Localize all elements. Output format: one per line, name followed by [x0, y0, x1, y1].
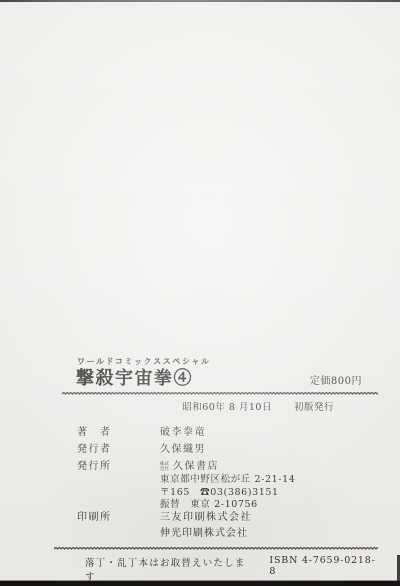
publisher-row: 発行者 久保織男: [77, 444, 378, 456]
printer-label: 印刷所: [77, 512, 160, 524]
bottom-row: 落丁・乱丁本はお取替えいたします ISBN 4-7659-0218-8: [62, 555, 378, 583]
scan-bottom-edge: [0, 581, 400, 586]
publisher-address: 東京都中野区松が丘 2-21-14: [160, 474, 378, 486]
company-type-bottom: 会社: [160, 467, 169, 472]
publishing-house-row: 発行所 株式 会社 久保書店: [77, 461, 378, 473]
series-label: ワールドコミックススペシャル: [77, 356, 378, 367]
author-row: 著 者 破李拳竜: [77, 427, 378, 439]
publishing-house-name: 久保書店: [173, 461, 219, 473]
transfer-account: 振替 東京 2-10756: [160, 499, 378, 511]
publish-date: 昭和60年 8 月10日: [182, 399, 272, 413]
printer-name-1: 三友印刷株式会社: [160, 512, 252, 524]
price-label: 定価800円: [310, 372, 362, 389]
publication-info: 著 者 破李拳竜 発行者 久保織男 発行所 株式 会社 久保書店 東京都中野区松…: [77, 427, 378, 539]
printer-row: 印刷所 三友印刷株式会社: [77, 512, 378, 524]
book-colophon-page: ワールドコミックススペシャル 撃殺宇宙拳④ 定価800円 昭和60年 8 月10…: [0, 0, 400, 586]
company-type-stacked: 株式 会社: [160, 462, 169, 472]
publishing-house-label: 発行所: [77, 461, 160, 473]
defect-exchange-notice: 落丁・乱丁本はお取替えいたします: [85, 555, 249, 583]
publication-date-row: 昭和60年 8 月10日 初版発行: [62, 399, 378, 413]
author-name: 破李拳竜: [160, 427, 206, 439]
postal-phone: 〒165 ☎03(386)3151: [160, 487, 378, 499]
printer-name-2: 伸光印刷株式会社: [160, 528, 378, 540]
book-title: 撃殺宇宙拳④: [76, 368, 193, 389]
decorative-wavy-rule: [62, 390, 378, 395]
decorative-wavy-rule: [54, 545, 378, 550]
publisher-label: 発行者: [77, 444, 160, 456]
colophon-block: ワールドコミックススペシャル 撃殺宇宙拳④ 定価800円 昭和60年 8 月10…: [62, 356, 378, 583]
author-label: 著 者: [77, 427, 160, 439]
edition-label: 初版発行: [294, 399, 334, 413]
isbn-number: ISBN 4-7659-0218-8: [269, 555, 378, 583]
title-row: 撃殺宇宙拳④ 定価800円: [62, 368, 378, 389]
publisher-name: 久保織男: [160, 444, 206, 456]
scan-top-edge: [0, 0, 400, 2]
